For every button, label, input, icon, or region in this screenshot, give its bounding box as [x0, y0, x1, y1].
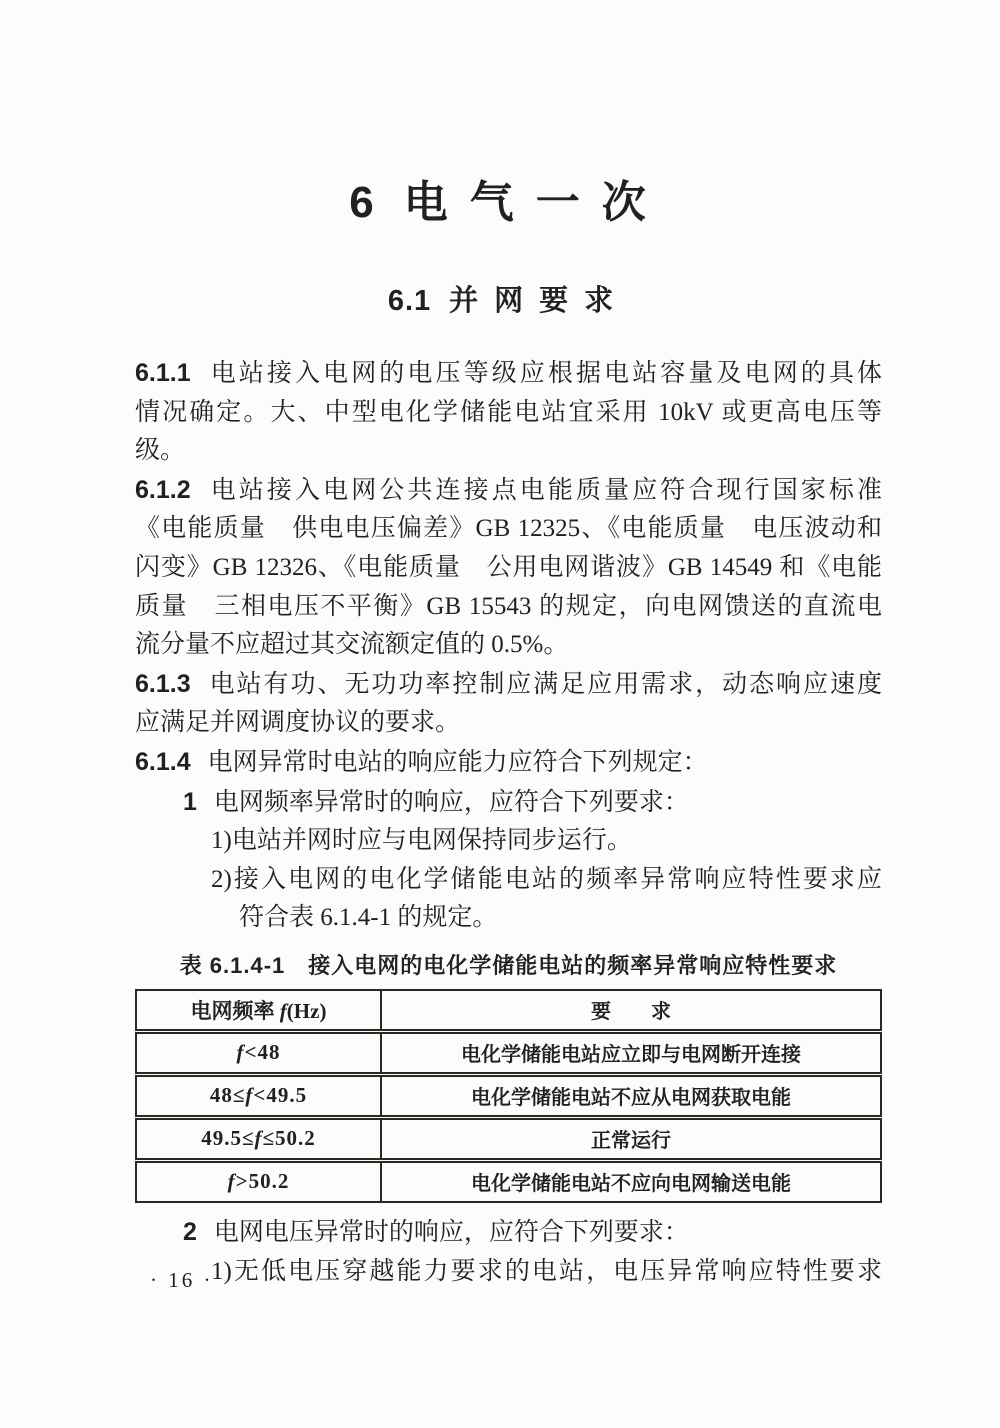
text-segment: 应满足并网调度协议的要求。: [135, 709, 460, 736]
frequency-symbol: f: [237, 1040, 245, 1064]
text-line: 闪变》GB 12326、《电能质量 公用电网谐波》GB 14549 和《电能: [135, 549, 882, 588]
text-segment: 电网异常时电站的响应能力应符合下列规定：: [208, 749, 708, 776]
freq-table-body: f<48电化学储能电站应立即与电网断开连接48≤f<49.5电化学储能电站不应从…: [136, 1031, 881, 1202]
frequency-column-header: 电网频率 f(Hz): [136, 990, 381, 1032]
frequency-symbol: f: [228, 1169, 236, 1193]
chapter-number: 6: [349, 178, 373, 227]
text-line: 6.1.4电网异常时电站的响应能力应符合下列规定：: [135, 743, 882, 783]
text-segment: 符合表 6.1.4-1 的规定。: [239, 904, 497, 931]
text-segment: 1)电站并网时应与电网保持同步运行。: [211, 827, 632, 854]
table-row: 48≤f<49.5电化学储能电站不应从电网获取电能: [136, 1074, 881, 1117]
frequency-symbol: f: [280, 999, 287, 1023]
frequency-response-table: 电网频率 f(Hz) 要 求 f<48电化学储能电站应立即与电网断开连接48≤f…: [135, 989, 882, 1203]
requirement-column-header: 要 求: [381, 990, 881, 1032]
text-segment: 闪变》GB 12326、《电能质量 公用电网谐波》GB 14549 和《电能: [135, 554, 882, 581]
clause-number: 6.1.3: [135, 670, 191, 698]
text-line: 6.1.3电站有功、无功功率控制应满足应用需求，动态响应速度: [135, 665, 882, 705]
text-line: 情况确定。大、中型电化学储能电站宜采用 10kV 或更高电压等: [135, 394, 882, 433]
page-number: · 16 ·: [150, 1268, 214, 1293]
table-row: 49.5≤f≤50.2正常运行: [136, 1117, 881, 1160]
frequency-cell: f<48: [136, 1031, 381, 1074]
frequency-header-pre: 电网频率: [191, 999, 280, 1023]
clause-number: 1: [183, 788, 197, 816]
table-row: f>50.2电化学储能电站不应向电网输送电能: [136, 1160, 881, 1202]
clause-number: 2: [183, 1218, 197, 1246]
text-segment: 1)无低电压穿越能力要求的电站，电压异常响应特性要求: [211, 1258, 882, 1285]
page-content: 6电气一次 6.1并网要求 6.1.1电站接入电网的电压等级应根据电站容量及电网…: [135, 0, 882, 1291]
chapter-title: 6电气一次: [135, 180, 882, 226]
requirement-cell: 正常运行: [381, 1117, 881, 1160]
text-line: 级。: [135, 432, 882, 471]
clause-number: 6.1.1: [135, 359, 191, 387]
text-line: 1电网频率异常时的响应，应符合下列要求：: [135, 783, 882, 823]
requirement-cell: 电化学储能电站应立即与电网断开连接: [381, 1031, 881, 1074]
text-line: 1)无低电压穿越能力要求的电站，电压异常响应特性要求: [135, 1253, 882, 1292]
frequency-header-post: (Hz): [287, 999, 327, 1023]
text-line: 2)接入电网的电化学储能电站的频率异常响应特性要求应: [135, 861, 882, 900]
text-segment: 流分量不应超过其交流额定值的 0.5%。: [135, 631, 568, 658]
text-segment: 级。: [135, 437, 185, 464]
frequency-cell: 49.5≤f≤50.2: [136, 1117, 381, 1160]
table-caption: 表 6.1.4-1 接入电网的电化学储能电站的频率异常响应特性要求: [135, 952, 882, 980]
frequency-symbol: f: [245, 1083, 253, 1107]
table-row: f<48电化学储能电站应立即与电网断开连接: [136, 1031, 881, 1074]
text-line: 1)电站并网时应与电网保持同步运行。: [135, 822, 882, 861]
clause-number: 6.1.4: [135, 748, 191, 776]
text-segment: 《电能质量 供电电压偏差》GB 12325、《电能质量 电压波动和: [135, 515, 882, 542]
body-blocks: 6.1.1电站接入电网的电压等级应根据电站容量及电网的具体情况确定。大、中型电化…: [135, 354, 882, 938]
frequency-symbol: f: [255, 1126, 263, 1150]
text-line: 流分量不应超过其交流额定值的 0.5%。: [135, 626, 882, 665]
clause-number: 6.1.2: [135, 476, 191, 504]
table-header-row: 电网频率 f(Hz) 要 求: [136, 990, 881, 1032]
section-title: 6.1并网要求: [135, 286, 882, 316]
text-line: 6.1.2电站接入电网公共连接点电能质量应符合现行国家标准: [135, 471, 882, 511]
text-segment: 电网频率异常时的响应，应符合下列要求：: [214, 789, 689, 816]
text-segment: 电网电压异常时的响应，应符合下列要求：: [214, 1219, 689, 1246]
requirement-cell: 电化学储能电站不应从电网获取电能: [381, 1074, 881, 1117]
text-segment: 电站接入电网公共连接点电能质量应符合现行国家标准: [208, 477, 882, 504]
requirement-cell: 电化学储能电站不应向电网输送电能: [381, 1160, 881, 1202]
text-line: 质量 三相电压不平衡》GB 15543 的规定，向电网馈送的直流电: [135, 588, 882, 627]
section-title-text: 并网要求: [449, 285, 629, 317]
text-segment: 情况确定。大、中型电化学储能电站宜采用 10kV 或更高电压等: [135, 399, 882, 426]
text-line: 6.1.1电站接入电网的电压等级应根据电站容量及电网的具体: [135, 354, 882, 394]
document-page: 6电气一次 6.1并网要求 6.1.1电站接入电网的电压等级应根据电站容量及电网…: [0, 0, 1000, 1428]
text-line: 2电网电压异常时的响应，应符合下列要求：: [135, 1213, 882, 1253]
text-segment: 2)接入电网的电化学储能电站的频率异常响应特性要求应: [211, 866, 882, 893]
text-segment: 电站有功、无功功率控制应满足应用需求，动态响应速度: [208, 671, 882, 698]
text-segment: 电站接入电网的电压等级应根据电站容量及电网的具体: [208, 360, 882, 387]
text-line: 符合表 6.1.4-1 的规定。: [135, 899, 882, 938]
text-segment: 质量 三相电压不平衡》GB 15543 的规定，向电网馈送的直流电: [135, 593, 882, 620]
after-table-blocks: 2电网电压异常时的响应，应符合下列要求：1)无低电压穿越能力要求的电站，电压异常…: [135, 1213, 882, 1291]
chapter-title-text: 电气一次: [404, 178, 668, 227]
frequency-cell: 48≤f<49.5: [136, 1074, 381, 1117]
frequency-cell: f>50.2: [136, 1160, 381, 1202]
text-line: 应满足并网调度协议的要求。: [135, 704, 882, 743]
text-line: 《电能质量 供电电压偏差》GB 12325、《电能质量 电压波动和: [135, 510, 882, 549]
section-number: 6.1: [388, 285, 431, 317]
